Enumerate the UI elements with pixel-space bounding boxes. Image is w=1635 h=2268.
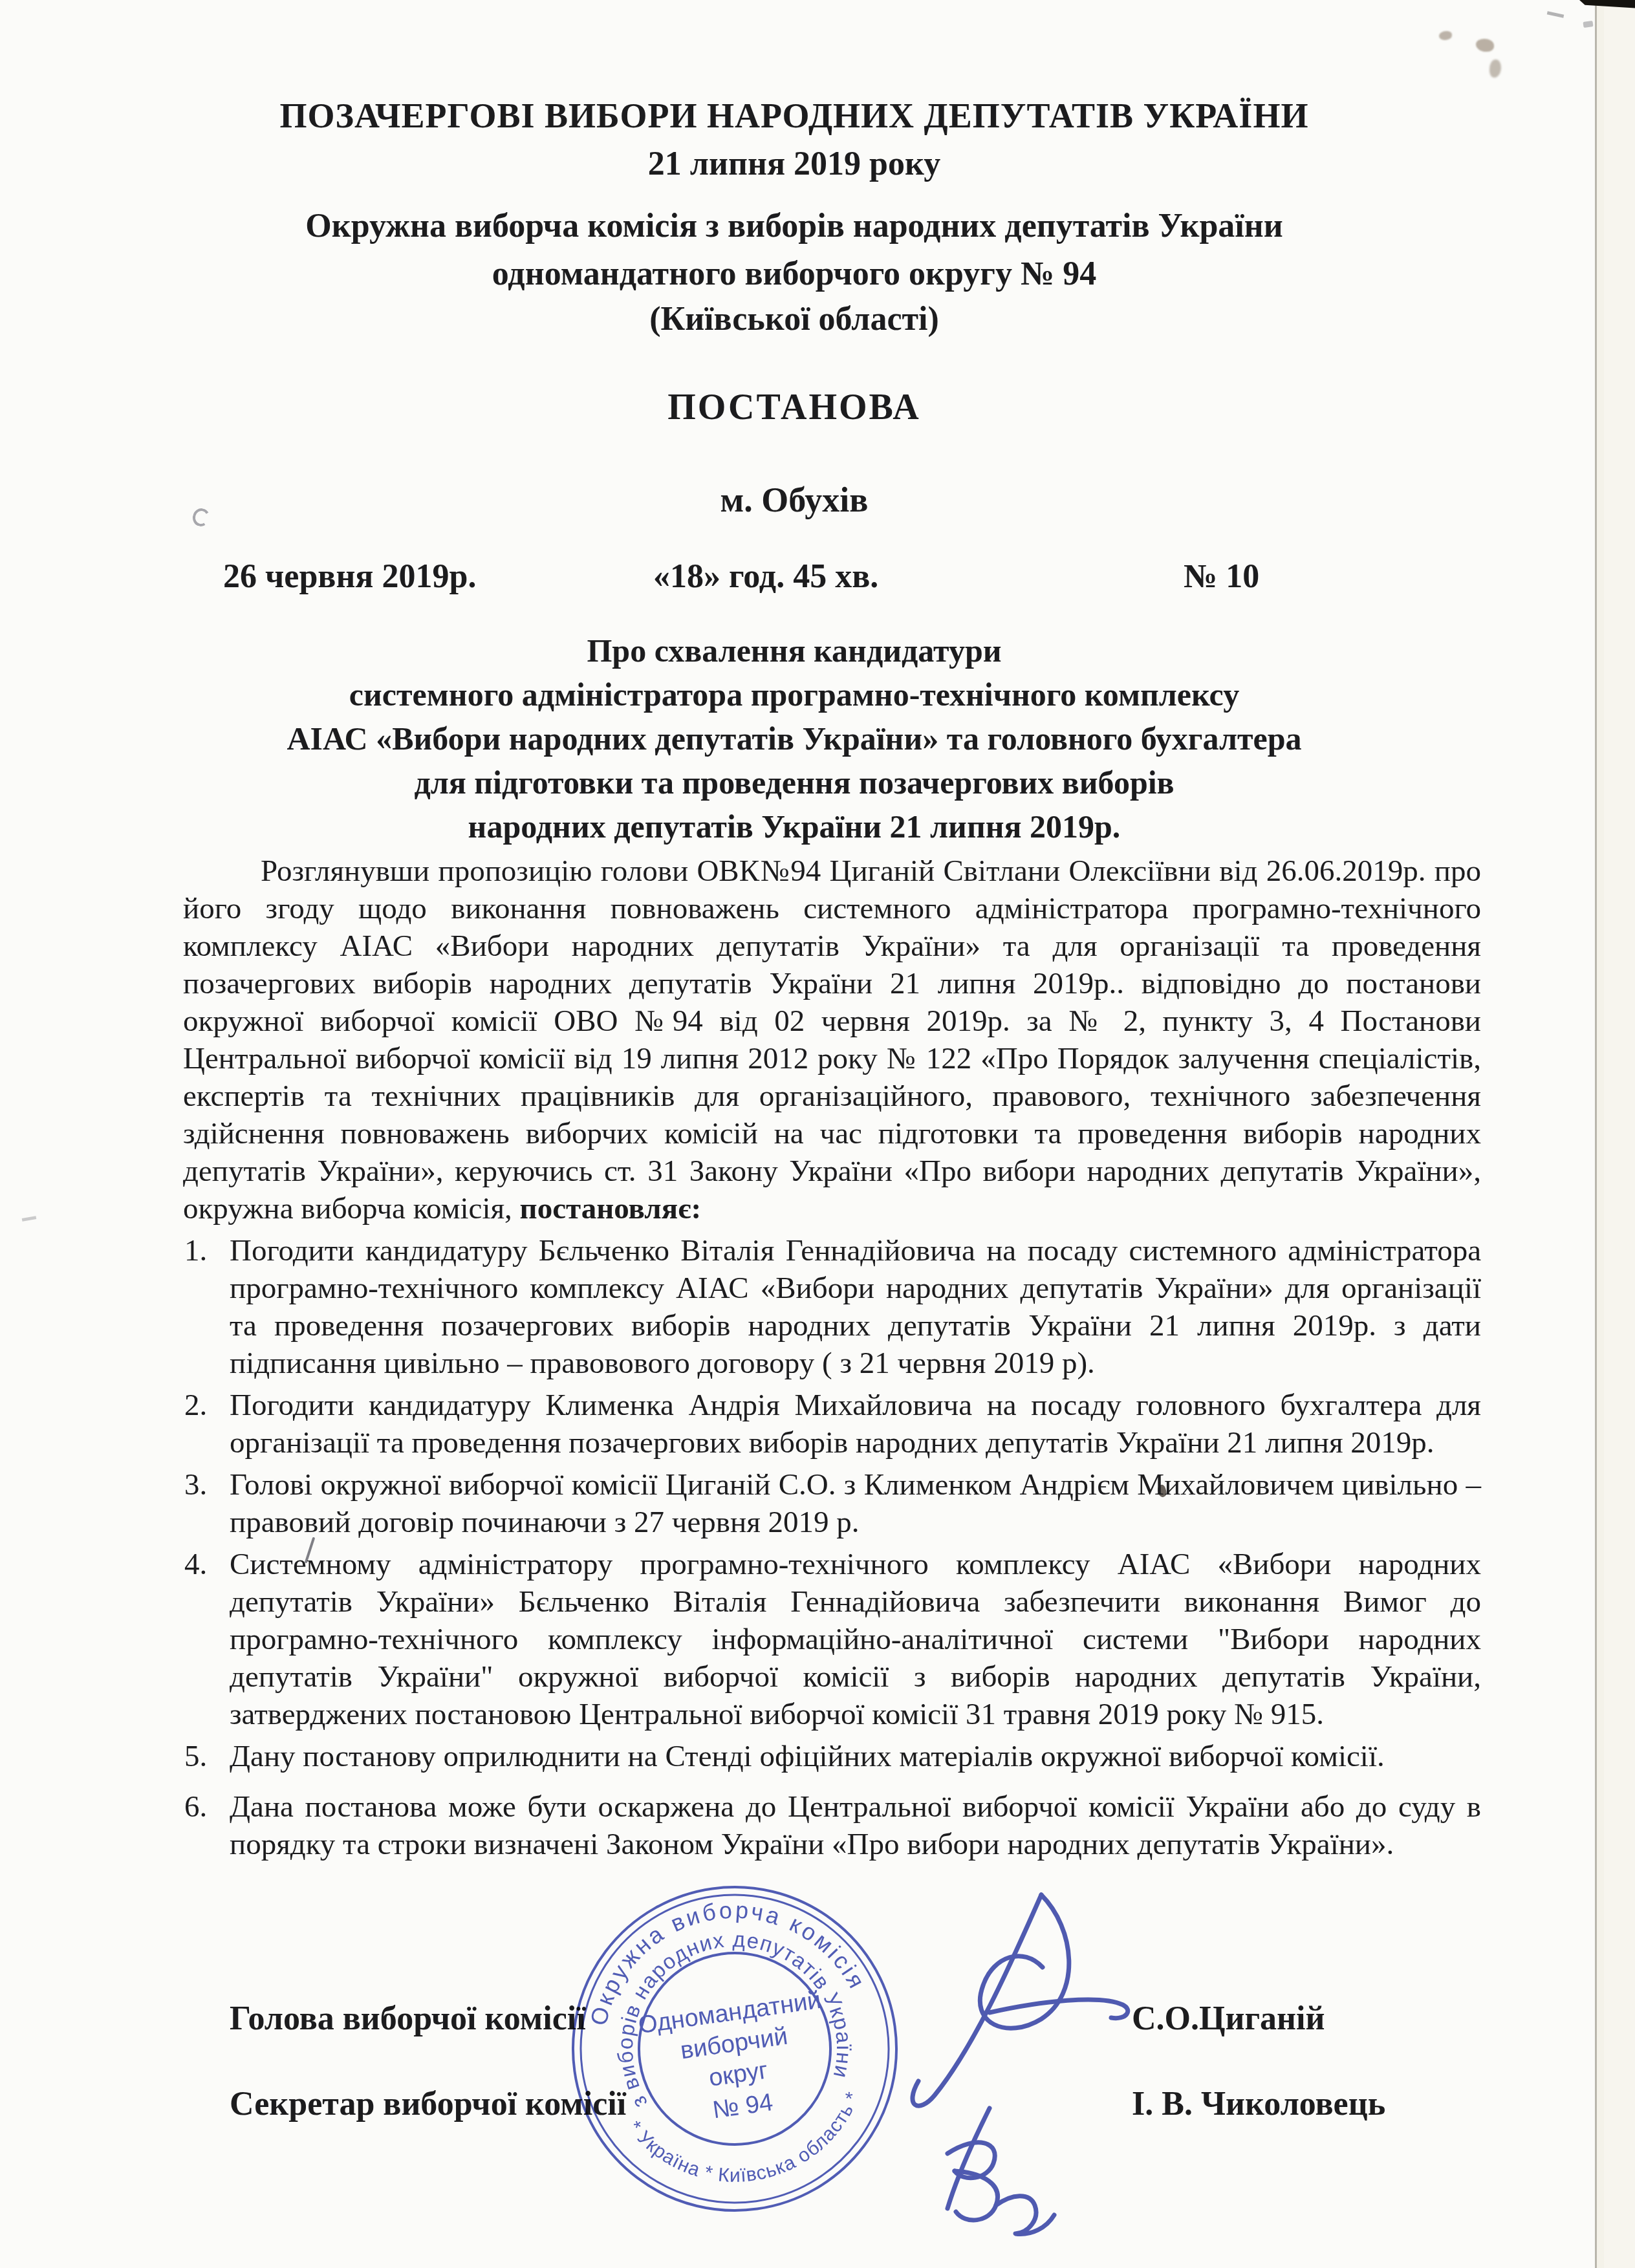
item-text: Голові окружної виборчої комісії Циганій… bbox=[230, 1468, 1481, 1539]
head-autograph bbox=[980, 1895, 1069, 2028]
item-number: 3. bbox=[184, 1466, 207, 1504]
item-text: Погодити кандидатуру Бєльченко Віталія Г… bbox=[230, 1234, 1481, 1380]
item-text: Погодити кандидатуру Клименка Андрія Мих… bbox=[230, 1388, 1481, 1460]
subject-line-1: Про схвалення кандидатури bbox=[183, 629, 1405, 673]
election-date-line: 21 липня 2019 року bbox=[183, 145, 1405, 183]
dust-speck bbox=[1476, 39, 1494, 52]
subject-line-2: системного адміністратора програмно-техн… bbox=[183, 673, 1405, 717]
resolution-item: 1. Погодити кандидатуру Бєльченко Віталі… bbox=[183, 1232, 1481, 1382]
scan-mark bbox=[1547, 11, 1564, 17]
head-autograph bbox=[990, 2000, 1128, 2018]
preamble-paragraph: Розглянувши пропозицію голови ОВК№94 Циг… bbox=[183, 852, 1481, 1227]
subject-line-5: народних депутатів України 21 липня 2019… bbox=[183, 805, 1405, 848]
document-date: 26 червня 2019р. bbox=[223, 557, 476, 596]
secretary-autograph bbox=[947, 2108, 990, 2209]
commission-name-line1: Окружна виборча комісія з виборів народн… bbox=[183, 207, 1405, 245]
head-signature-label: Голова виборчої комісії bbox=[230, 2000, 586, 2038]
resolution-item: 2. Погодити кандидатуру Клименка Андрія … bbox=[183, 1387, 1481, 1462]
item-number: 6. bbox=[184, 1788, 207, 1826]
document-time: «18» год. 45 хв. bbox=[653, 557, 878, 596]
item-text: Системному адміністратору програмно-техн… bbox=[230, 1548, 1481, 1731]
item-number: 2. bbox=[184, 1387, 207, 1424]
scan-mark bbox=[1583, 21, 1593, 28]
commission-region: (Київської області) bbox=[183, 300, 1405, 338]
resolution-body: Розглянувши пропозицію голови ОВК№94 Циг… bbox=[183, 852, 1481, 1863]
scan-mark bbox=[22, 1216, 37, 1222]
subject-line-4: для підготовки та проведення позачергови… bbox=[183, 761, 1405, 805]
document-number: № 10 bbox=[1184, 557, 1259, 596]
election-title-line: ПОЗАЧЕРГОВІ ВИБОРИ НАРОДНИХ ДЕПУТАТІВ УК… bbox=[183, 96, 1405, 136]
resolution-item: 3. Голові окружної виборчої комісії Цига… bbox=[183, 1466, 1481, 1541]
item-number: 4. bbox=[184, 1546, 207, 1583]
stamp-center-line4: № 94 bbox=[711, 2089, 775, 2124]
dust-speck bbox=[1439, 31, 1452, 40]
autograph-strokes bbox=[913, 1895, 1128, 2234]
subject-block: Про схвалення кандидатури системного адм… bbox=[183, 629, 1405, 848]
scan-edge-strip bbox=[1595, 0, 1635, 2268]
preamble-text: Розглянувши пропозицію голови ОВК№94 Циг… bbox=[183, 854, 1481, 1226]
document-type-title: ПОСТАНОВА bbox=[183, 387, 1405, 428]
handwritten-signatures bbox=[828, 1850, 1164, 2251]
dust-speck bbox=[1489, 59, 1501, 78]
scanned-resolution-page: ПОЗАЧЕРГОВІ ВИБОРИ НАРОДНИХ ДЕПУТАТІВ УК… bbox=[0, 0, 1635, 2268]
subject-line-3: АІАС «Вибори народних депутатів України»… bbox=[183, 717, 1405, 761]
head-autograph bbox=[913, 1895, 1041, 2106]
resolution-item: 5. Дану постанову оприлюднити на Стенді … bbox=[183, 1738, 1481, 1775]
commission-name-line2: одномандатного виборчого округу № 94 bbox=[183, 255, 1405, 293]
resolution-item: 4. Системному адміністратору програмно-т… bbox=[183, 1546, 1481, 1733]
scan-corner-artifact bbox=[1579, 0, 1635, 9]
secretary-signature-name: І. В. Чиколовець bbox=[1132, 2085, 1385, 2123]
item-number: 5. bbox=[184, 1738, 207, 1775]
document-city: м. Обухів bbox=[183, 480, 1405, 520]
item-text: Дану постанову оприлюднити на Стенді офі… bbox=[230, 1740, 1385, 1773]
stamp-center-line3: округ bbox=[707, 2057, 769, 2091]
secretary-signature-label: Секретар виборчої комісії bbox=[230, 2085, 626, 2123]
item-number: 1. bbox=[184, 1232, 207, 1269]
preamble-verdict: постановляє: bbox=[512, 1192, 701, 1226]
secretary-autograph bbox=[996, 2196, 1054, 2234]
